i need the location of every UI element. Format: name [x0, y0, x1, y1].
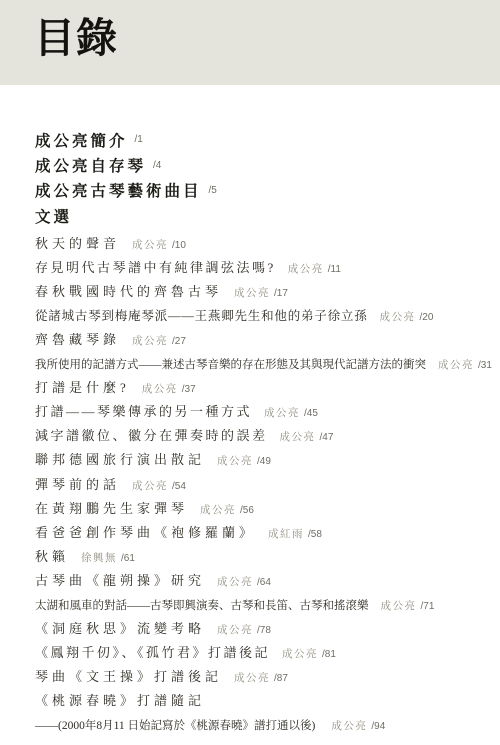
entry-meta: 成公亮/31: [426, 355, 492, 372]
entry-meta: 成公亮/78: [205, 620, 271, 637]
entry-author: 成公亮: [217, 577, 253, 588]
toc-front-entry: 成公亮古琴藝術曲目 /5: [35, 178, 482, 203]
entry-page-number: /49: [257, 456, 271, 467]
entry-author: 成公亮: [380, 312, 416, 323]
entry-meta: 成公亮/27: [120, 331, 186, 348]
toc-article-entry: 齊魯藏琴錄成公亮/27: [35, 328, 482, 352]
entry-meta: 成公亮/49: [205, 451, 271, 468]
entry-page-number: /27: [172, 336, 186, 347]
entry-page-number: /78: [257, 625, 271, 636]
entry-page-number: /54: [172, 481, 186, 492]
entry-meta: 成公亮/45: [252, 403, 318, 420]
entry-title: 秋天的聲音: [35, 236, 120, 251]
entry-title-line: 春秋戰國時代的齊魯古琴成公亮/17: [35, 280, 482, 304]
entry-title-line: 齊魯藏琴錄成公亮/27: [35, 328, 482, 352]
entry-subtitle-line: ——(2000年8月11 日始記寫於《桃源春曉》譜打通以後) 成公亮/94: [35, 713, 482, 737]
entry-author: 成公亮: [142, 384, 178, 395]
toc-article-entry: 《洞庭秋思》流變考略成公亮/78: [35, 617, 482, 641]
toc-front-entry: 成公亮自存琴 /4: [35, 152, 482, 177]
entry-meta: 成公亮/47: [268, 427, 334, 444]
entry-title-line: 我所使用的記譜方式——兼述古琴音樂的存在形態及其與現代記譜方法的衝突成公亮/31: [35, 352, 482, 376]
entry-meta: 成公亮/11: [276, 259, 341, 276]
toc-page: 目錄 成公亮簡介 /1 成公亮自存琴 /4 成公亮古琴藝術曲目 /5 文選 秋天…: [0, 0, 500, 738]
entry-title-line: 《鳳翔千仞》、《孤竹君》打譜後記成公亮/81: [35, 641, 482, 665]
entry-title: 看爸爸創作琴曲《袍修羅蘭》: [35, 525, 256, 540]
entry-meta: 成公亮/54: [120, 476, 186, 493]
entry-page-number: /37: [182, 384, 196, 395]
entry-title: 《洞庭秋思》流變考略: [35, 621, 205, 636]
toc-article-entry: 減字譜徽位、徽分在彈奏時的誤差成公亮/47: [35, 424, 482, 448]
entry-subtitle: ——(2000年8月11 日始記寫於《桃源春曉》譜打通以後): [35, 720, 315, 732]
entry-title: 秋籟: [35, 549, 69, 564]
entry-page-number: /81: [322, 649, 336, 660]
entry-meta: 成公亮/87: [222, 668, 288, 685]
toc-article-entry: 秋天的聲音成公亮/10: [35, 232, 482, 256]
entry-title: 在黃翔鵬先生家彈琴: [35, 501, 188, 516]
entry-title-line: 《桃源春曉》打譜隨記: [35, 689, 482, 713]
entry-title-line: 打譜——琴樂傳承的另一種方式成公亮/45: [35, 400, 482, 424]
entry-author: 成公亮: [331, 721, 367, 732]
entry-page-number: /10: [172, 240, 186, 251]
entry-page-number: /45: [304, 408, 318, 419]
section-heading: 文選: [35, 203, 482, 228]
entry-page-number: /4: [153, 160, 161, 171]
entry-meta: 成公亮/94: [319, 716, 385, 733]
toc-article-entry: 《鳳翔千仞》、《孤竹君》打譜後記成公亮/81: [35, 641, 482, 665]
entry-page-number: /11: [328, 264, 341, 275]
entry-author: 成公亮: [217, 456, 253, 467]
entry-title: 打譜——琴樂傳承的另一種方式: [35, 404, 252, 419]
toc-article-entry: 琴曲《文王操》打譜後記成公亮/87: [35, 665, 482, 689]
entry-page-number: /94: [371, 721, 385, 732]
toc-content: 成公亮簡介 /1 成公亮自存琴 /4 成公亮古琴藝術曲目 /5 文選 秋天的聲音…: [0, 85, 500, 738]
toc-article-entry: 打譜是什麼?成公亮/37: [35, 376, 482, 400]
entry-title: 太湖和風車的對話——古琴即興演奏、古琴和長笛、古琴和搖滾樂: [35, 600, 369, 612]
entry-author: 成公亮: [381, 601, 417, 612]
entry-title: 我所使用的記譜方式——兼述古琴音樂的存在形態及其與現代記譜方法的衝突: [35, 359, 426, 371]
entry-title-line: 聯邦德國旅行演出散記成公亮/49: [35, 448, 482, 472]
entry-title: 《鳳翔千仞》、《孤竹君》打譜後記: [35, 645, 270, 660]
entry-title: 成公亮古琴藝術曲目: [35, 179, 202, 201]
entry-page-number: /71: [421, 601, 435, 612]
entry-author: 成公亮: [132, 481, 168, 492]
entry-author: 成公亮: [200, 505, 236, 516]
toc-article-entry: 看爸爸創作琴曲《袍修羅蘭》成紅雨/58: [35, 521, 482, 545]
entry-author: 徐興無: [81, 553, 117, 564]
entry-title: 減字譜徽位、徽分在彈奏時的誤差: [35, 428, 268, 443]
entry-title: 琴曲《文王操》打譜後記: [35, 669, 222, 684]
entry-title-line: 從諸城古琴到梅庵琴派——王燕卿先生和他的弟子徐立孫成公亮/20: [35, 304, 482, 328]
entry-page-number: /5: [209, 185, 217, 196]
entry-title-line: 減字譜徽位、徽分在彈奏時的誤差成公亮/47: [35, 424, 482, 448]
entry-title: 聯邦德國旅行演出散記: [35, 452, 205, 467]
entry-page-number: /58: [308, 529, 322, 540]
entry-title: 春秋戰國時代的齊魯古琴: [35, 284, 222, 299]
entry-author: 成公亮: [132, 336, 168, 347]
entry-author: 成公亮: [217, 625, 253, 636]
entry-meta: 成公亮/17: [222, 283, 288, 300]
toc-front-entry: 成公亮簡介 /1: [35, 127, 482, 152]
article-list: 秋天的聲音成公亮/10 存見明代古琴譜中有純律調弦法嗎?成公亮/11 春秋戰國時…: [35, 232, 482, 738]
entry-title-line: 秋籟徐興無/61: [35, 545, 482, 569]
entry-title: 打譜是什麼?: [35, 380, 130, 395]
entry-author: 成公亮: [282, 649, 318, 660]
entry-page-number: /20: [420, 312, 434, 323]
entry-author: 成公亮: [438, 360, 474, 371]
entry-meta: 徐興無/61: [69, 548, 135, 565]
toc-article-entry: 古琴曲《龍朔操》研究成公亮/64: [35, 569, 482, 593]
entry-page-number: /17: [274, 288, 288, 299]
front-matter-list: 成公亮簡介 /1 成公亮自存琴 /4 成公亮古琴藝術曲目 /5: [35, 127, 482, 203]
toc-article-entry: 春秋戰國時代的齊魯古琴成公亮/17: [35, 280, 482, 304]
entry-title: 從諸城古琴到梅庵琴派——王燕卿先生和他的弟子徐立孫: [35, 309, 368, 323]
entry-page-number: /1: [135, 134, 143, 145]
entry-author: 成公亮: [234, 673, 270, 684]
header-band: 目錄: [0, 0, 500, 85]
entry-title: 《桃源春曉》打譜隨記: [35, 693, 205, 708]
entry-meta: 成公亮/81: [270, 644, 336, 661]
entry-title-line: 太湖和風車的對話——古琴即興演奏、古琴和長笛、古琴和搖滾樂成公亮/71: [35, 593, 482, 617]
entry-page-number: /87: [274, 673, 288, 684]
entry-title-line: 《洞庭秋思》流變考略成公亮/78: [35, 617, 482, 641]
entry-title-line: 琴曲《文王操》打譜後記成公亮/87: [35, 665, 482, 689]
entry-title: 成公亮自存琴: [35, 154, 146, 176]
entry-author: 成公亮: [280, 432, 316, 443]
entry-meta: 成公亮/10: [120, 235, 186, 252]
toc-article-entry: 我所使用的記譜方式——兼述古琴音樂的存在形態及其與現代記譜方法的衝突成公亮/31: [35, 352, 482, 376]
entry-meta: 成紅雨/58: [256, 524, 322, 541]
toc-article-entry: 聯邦德國旅行演出散記成公亮/49: [35, 448, 482, 472]
entry-meta: 成公亮/64: [205, 572, 271, 589]
entry-title: 彈琴前的話: [35, 477, 120, 492]
entry-meta: 成公亮/37: [130, 379, 196, 396]
entry-page-number: /61: [121, 553, 135, 564]
entry-title: 成公亮簡介: [35, 129, 128, 151]
entry-title-line: 打譜是什麼?成公亮/37: [35, 376, 482, 400]
entry-meta: 成公亮/71: [369, 596, 435, 613]
toc-article-entry: 打譜——琴樂傳承的另一種方式成公亮/45: [35, 400, 482, 424]
toc-article-entry: 彈琴前的話成公亮/54: [35, 473, 482, 497]
toc-article-entry: 秋籟徐興無/61: [35, 545, 482, 569]
entry-page-number: /47: [320, 432, 334, 443]
entry-author: 成公亮: [288, 264, 324, 275]
entry-title-line: 看爸爸創作琴曲《袍修羅蘭》成紅雨/58: [35, 521, 482, 545]
entry-page-number: /64: [257, 577, 271, 588]
entry-title: 齊魯藏琴錄: [35, 332, 120, 347]
toc-article-entry: 《桃源春曉》打譜隨記 ——(2000年8月11 日始記寫於《桃源春曉》譜打通以後…: [35, 689, 482, 737]
entry-title-line: 在黃翔鵬先生家彈琴成公亮/56: [35, 497, 482, 521]
entry-meta: 成公亮/20: [368, 307, 434, 324]
entry-title-line: 彈琴前的話成公亮/54: [35, 473, 482, 497]
entry-title: 存見明代古琴譜中有純律調弦法嗎?: [35, 260, 276, 275]
entry-title-line: 古琴曲《龍朔操》研究成公亮/64: [35, 569, 482, 593]
toc-article-entry: 存見明代古琴譜中有純律調弦法嗎?成公亮/11: [35, 256, 482, 280]
page-title: 目錄: [0, 0, 500, 61]
entry-page-number: /31: [478, 360, 492, 371]
toc-article-entry: 從諸城古琴到梅庵琴派——王燕卿先生和他的弟子徐立孫成公亮/20: [35, 304, 482, 328]
entry-page-number: /56: [240, 505, 254, 516]
entry-author: 成公亮: [132, 240, 168, 251]
toc-article-entry: 在黃翔鵬先生家彈琴成公亮/56: [35, 497, 482, 521]
entry-title-line: 存見明代古琴譜中有純律調弦法嗎?成公亮/11: [35, 256, 482, 280]
entry-meta: 成公亮/56: [188, 500, 254, 517]
entry-title: 古琴曲《龍朔操》研究: [35, 573, 205, 588]
entry-author: 成公亮: [234, 288, 270, 299]
entry-author: 成紅雨: [268, 529, 304, 540]
entry-author: 成公亮: [264, 408, 300, 419]
toc-article-entry: 太湖和風車的對話——古琴即興演奏、古琴和長笛、古琴和搖滾樂成公亮/71: [35, 593, 482, 617]
entry-title-line: 秋天的聲音成公亮/10: [35, 232, 482, 256]
